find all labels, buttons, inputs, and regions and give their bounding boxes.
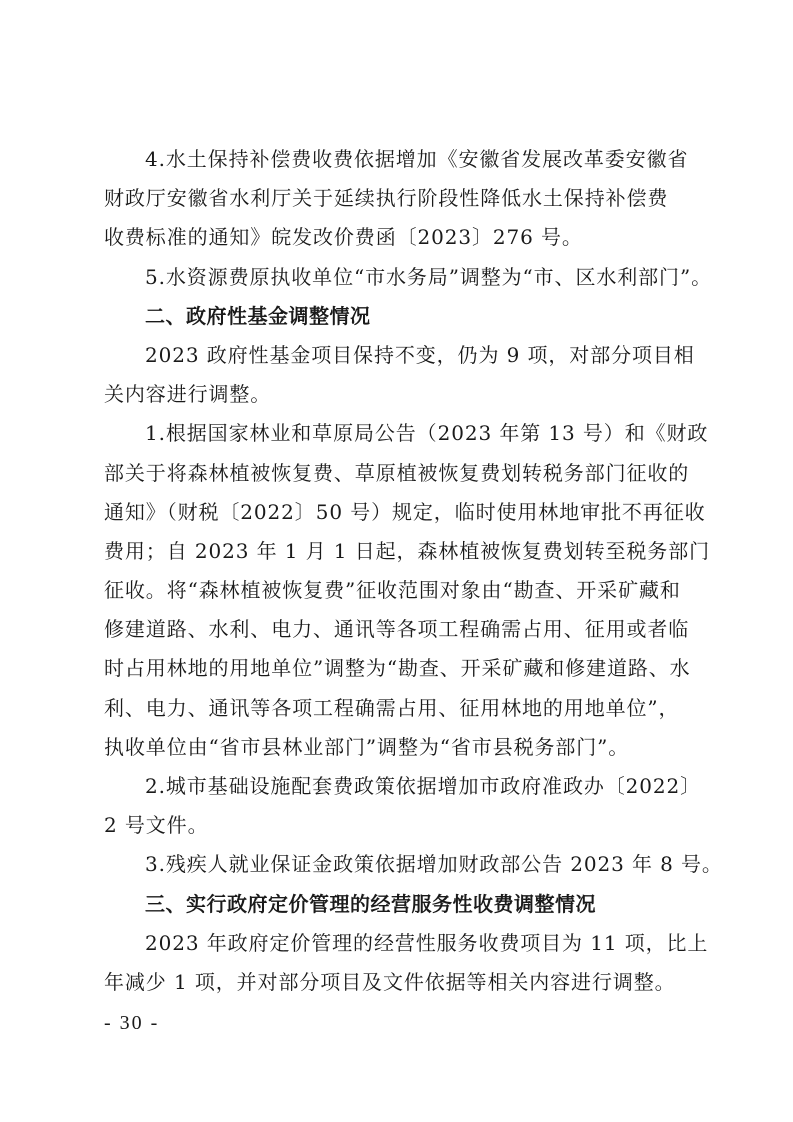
text-line: 时占用林地的用地单位”调整为“勘查、开采矿藏和修建道路、水 xyxy=(104,650,690,689)
text-line: 2023 政府性基金项目保持不变，仍为 9 项，对部分项目相 xyxy=(104,337,690,376)
heading-text: 二、政府性基金调整情况 xyxy=(104,298,690,337)
text-line: 通知》（财税〔2022〕50 号）规定，临时使用林地审批不再征收 xyxy=(104,494,690,533)
text-line: 4.水土保持补偿费收费依据增加《安徽省发展改革委安徽省 xyxy=(104,141,690,180)
text-line: 关内容进行调整。 xyxy=(104,376,690,415)
text-line: 收费标准的通知》皖发改价费函〔2023〕276 号。 xyxy=(104,219,690,258)
text-line: 部关于将森林植被恢复费、草原植被恢复费划转税务部门征收的 xyxy=(104,455,690,494)
text-line: 2 号文件。 xyxy=(104,807,690,846)
paragraph-water-resource-fee: 5.水资源费原执收单位“市水务局”调整为“市、区水利部门”。 xyxy=(104,259,690,298)
paragraph-forest-vegetation-fee: 1.根据国家林业和草原局公告（2023 年第 13 号）和《财政 部关于将森林植… xyxy=(104,415,690,768)
paragraph-infrastructure-fee: 2.城市基础设施配套费政策依据增加市政府准政办〔2022〕 2 号文件。 xyxy=(104,768,690,846)
text-line: 执收单位由“省市县林业部门”调整为“省市县税务部门”。 xyxy=(104,729,690,768)
paragraph-disability-employment-fund: 3.残疾人就业保证金政策依据增加财政部公告 2023 年 8 号。 xyxy=(104,846,690,885)
page-number: - 30 - xyxy=(104,1012,159,1035)
text-line: 2.城市基础设施配套费政策依据增加市政府准政办〔2022〕 xyxy=(104,768,690,807)
paragraph-service-fee-intro: 2023 年政府定价管理的经营性服务收费项目为 11 项，比上 年减少 1 项，… xyxy=(104,925,690,1003)
text-line: 2023 年政府定价管理的经营性服务收费项目为 11 项，比上 xyxy=(104,925,690,964)
document-page: 4.水土保持补偿费收费依据增加《安徽省发展改革委安徽省 财政厅安徽省水利厅关于延… xyxy=(104,141,690,1003)
text-line: 利、电力、通讯等各项工程确需占用、征用林地的用地单位”， xyxy=(104,690,690,729)
text-line: 年减少 1 项，并对部分项目及文件依据等相关内容进行调整。 xyxy=(104,964,690,1003)
text-line: 财政厅安徽省水利厅关于延续执行阶段性降低水土保持补偿费 xyxy=(104,180,690,219)
text-line: 5.水资源费原执收单位“市水务局”调整为“市、区水利部门”。 xyxy=(104,259,690,298)
text-line: 修建道路、水利、电力、通讯等各项工程确需占用、征用或者临 xyxy=(104,611,690,650)
text-line: 费用；自 2023 年 1 月 1 日起，森林植被恢复费划转至税务部门 xyxy=(104,533,690,572)
text-line: 1.根据国家林业和草原局公告（2023 年第 13 号）和《财政 xyxy=(104,415,690,454)
section-heading-government-funds: 二、政府性基金调整情况 xyxy=(104,298,690,337)
text-line: 征收。将“森林植被恢复费”征收范围对象由“勘查、开采矿藏和 xyxy=(104,572,690,611)
section-heading-service-fees: 三、实行政府定价管理的经营服务性收费调整情况 xyxy=(104,886,690,925)
paragraph-fund-intro: 2023 政府性基金项目保持不变，仍为 9 项，对部分项目相 关内容进行调整。 xyxy=(104,337,690,415)
paragraph-water-soil-compensation: 4.水土保持补偿费收费依据增加《安徽省发展改革委安徽省 财政厅安徽省水利厅关于延… xyxy=(104,141,690,259)
heading-text: 三、实行政府定价管理的经营服务性收费调整情况 xyxy=(104,886,690,925)
text-line: 3.残疾人就业保证金政策依据增加财政部公告 2023 年 8 号。 xyxy=(104,846,690,885)
